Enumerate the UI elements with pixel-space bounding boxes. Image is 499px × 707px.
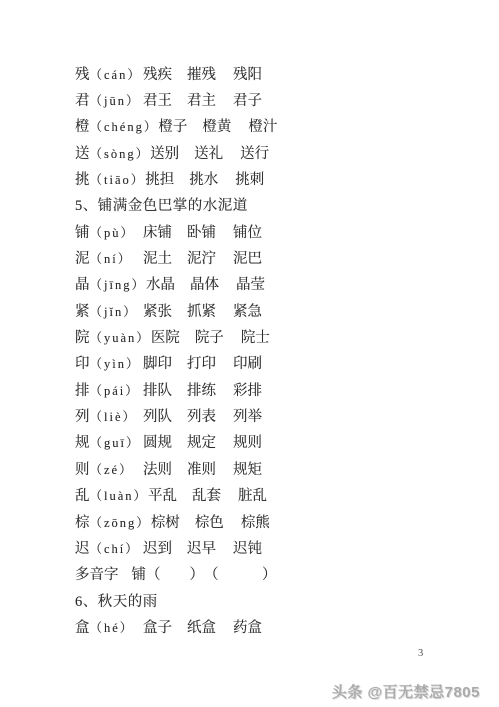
example-word: 紧张 (143, 300, 187, 321)
headword-with-pinyin: 棕（zōng） (75, 511, 151, 532)
vocab-row: 挑（tiāo） 挑担 挑水 挑刺 (75, 165, 277, 191)
watermark: 头条 @百无禁忌7805 (332, 681, 480, 702)
headword-with-pinyin: 排（pái） (75, 379, 143, 400)
example-word: 送别 (150, 142, 194, 163)
pinyin: （jūn） (90, 94, 141, 108)
example-word: 棕树 (151, 511, 195, 532)
vocab-row: 晶（jīng） 水晶 晶体 晶莹 (75, 271, 277, 297)
vocab-row: 送（sòng） 送别 送礼 送行 (75, 139, 277, 165)
headword-with-pinyin: 规（guī） (75, 431, 143, 452)
vocab-row: 印（yìn） 脚印 打印 印刷 (75, 350, 277, 376)
example-word: 迟早 (187, 537, 233, 558)
example-word: 脚印 (143, 352, 187, 373)
example-word: 规矩 (233, 458, 262, 479)
pinyin: （guī） (90, 436, 141, 450)
pinyin: （chéng） (90, 120, 159, 134)
example-word: 送行 (240, 142, 269, 163)
vocab-row: 棕（zōng） 棕树 棕色 棕熊 (75, 508, 277, 534)
vocab-row: 残（cán） 残疾 摧残 残阳 (75, 60, 277, 86)
headword-with-pinyin: 橙（chéng） (75, 115, 158, 136)
headword: 院 (75, 330, 90, 346)
vocab-row: 紧（jǐn） 紧张 抓紧 紧急 (75, 297, 277, 323)
headword: 送 (75, 146, 90, 162)
section-heading: 5、铺满金色巴掌的水泥道 (75, 192, 277, 218)
headword-with-pinyin: 紧（jǐn） (75, 300, 143, 321)
example-word: 挑担 (145, 168, 189, 189)
example-word: 铺位 (233, 221, 262, 242)
pinyin: （sòng） (90, 147, 151, 161)
example-word: 纸盒 (187, 616, 233, 637)
example-word: 医院 (151, 326, 195, 347)
vocab-row: 规（guī） 圆规 规定 规则 (75, 429, 277, 455)
example-word: 院子 (195, 326, 241, 347)
headword-with-pinyin: 院（yuàn） (75, 326, 151, 347)
pinyin: （jīng） (90, 278, 146, 292)
example-word: 床铺 (143, 221, 187, 242)
headword-with-pinyin: 盒（hé） (75, 616, 143, 637)
vocab-row: 橙（chéng） 橙子 橙黄 橙汁 (75, 113, 277, 139)
headword: 则 (75, 462, 90, 478)
example-word: 列表 (187, 405, 233, 426)
headword: 乱 (75, 488, 90, 504)
pinyin: （zé） (90, 463, 134, 477)
headword-with-pinyin: 列（liè） (75, 405, 143, 426)
vocab-row: 则（zé） 法则 准则 规矩 (75, 455, 277, 481)
pinyin: （tiāo） (90, 173, 146, 187)
pinyin: （pái） (90, 384, 140, 398)
example-word: 晶莹 (236, 273, 265, 294)
pinyin: （yìn） (90, 357, 141, 371)
headword-with-pinyin: 铺（pù） (75, 221, 143, 242)
example-word: 棕色 (195, 511, 241, 532)
example-word: 残阳 (233, 63, 262, 84)
headword: 君 (75, 93, 90, 109)
vocab-row: 泥（ní） 泥土 泥泞 泥巴 (75, 244, 277, 270)
example-word: 脏乱 (238, 484, 267, 505)
pinyin: （yuàn） (90, 331, 151, 345)
headword-with-pinyin: 残（cán） (75, 63, 143, 84)
headword: 棕 (75, 515, 90, 531)
vocab-row: 铺（pù） 床铺 卧铺 铺位 (75, 218, 277, 244)
example-word: 彩排 (233, 379, 262, 400)
headword-with-pinyin: 乱（luàn） (75, 484, 148, 505)
headword-with-pinyin: 迟（chí） (75, 537, 143, 558)
example-word: 排队 (143, 379, 187, 400)
vocab-row: 君（jūn） 君王 君主 君子 (75, 86, 277, 112)
example-word: 挑刺 (235, 168, 264, 189)
headword: 泥 (75, 251, 90, 267)
headword-with-pinyin: 则（zé） (75, 458, 143, 479)
vocab-row: 盒（hé） 盒子 纸盒 药盒 (75, 613, 277, 639)
headword: 残 (75, 67, 90, 83)
example-word: 抓紧 (187, 300, 233, 321)
headword: 紧 (75, 304, 90, 320)
pinyin: （liè） (90, 410, 138, 424)
example-word: 法则 (143, 458, 187, 479)
example-word: 泥泞 (187, 247, 233, 268)
section-heading: 6、秋天的雨 (75, 587, 277, 613)
page-number: 3 (418, 648, 423, 659)
example-word: 泥巴 (233, 247, 262, 268)
headword-with-pinyin: 君（jūn） (75, 89, 143, 110)
vocab-row: 乱（luàn） 平乱 乱套 脏乱 (75, 482, 277, 508)
headword: 列 (75, 409, 90, 425)
polyphone-row: 多音字 铺（ ） （ ） (75, 561, 277, 587)
headword: 排 (75, 383, 90, 399)
pinyin: （luàn） (90, 489, 149, 503)
example-word: 准则 (187, 458, 233, 479)
headword: 迟 (75, 541, 90, 557)
example-word: 迟钝 (233, 537, 262, 558)
example-word: 平乱 (148, 484, 192, 505)
example-word: 君王 (143, 89, 187, 110)
headword: 印 (75, 356, 90, 372)
pinyin: （pù） (90, 226, 136, 240)
section-heading-text: 5、铺满金色巴掌的水泥道 (75, 194, 248, 215)
pinyin: （ní） (90, 252, 133, 266)
headword: 晶 (75, 277, 90, 293)
example-word: 药盒 (233, 616, 262, 637)
pinyin: （chí） (90, 542, 140, 556)
example-word: 挑水 (189, 168, 235, 189)
headword-with-pinyin: 挑（tiāo） (75, 168, 145, 189)
document-page: 残（cán） 残疾 摧残 残阳 君（jūn） 君王 君主 君子 橙（chéng）… (0, 0, 499, 707)
example-word: 规则 (233, 431, 262, 452)
pinyin: （hé） (90, 621, 135, 635)
vocab-row: 迟（chí） 迟到 迟早 迟钝 (75, 534, 277, 560)
headword-with-pinyin: 送（sòng） (75, 142, 150, 163)
example-word: 印刷 (233, 352, 262, 373)
vocab-row: 排（pái） 排队 排练 彩排 (75, 376, 277, 402)
example-word: 卧铺 (187, 221, 233, 242)
headword-with-pinyin: 晶（jīng） (75, 273, 146, 294)
pinyin: （cán） (90, 68, 142, 82)
example-word: 君子 (233, 89, 262, 110)
example-word: 橙子 (158, 115, 202, 136)
headword-with-pinyin: 泥（ní） (75, 247, 143, 268)
example-word: 君主 (187, 89, 233, 110)
headword-with-pinyin: 印（yìn） (75, 352, 143, 373)
example-word: 院士 (241, 326, 270, 347)
example-word: 盒子 (143, 616, 187, 637)
example-word: 圆规 (143, 431, 187, 452)
example-word: 泥土 (143, 247, 187, 268)
headword: 规 (75, 435, 90, 451)
pinyin: （jǐn） (90, 305, 138, 319)
example-word: 迟到 (143, 537, 187, 558)
example-word: 排练 (187, 379, 233, 400)
vocab-row: 列（liè） 列队 列表 列举 (75, 402, 277, 428)
example-word: 残疾 (143, 63, 187, 84)
example-word: 紧急 (233, 300, 262, 321)
example-word: 打印 (187, 352, 233, 373)
example-word: 列举 (233, 405, 262, 426)
example-word: 规定 (187, 431, 233, 452)
example-word: 乱套 (192, 484, 238, 505)
headword: 铺 (75, 225, 90, 241)
example-word: 晶体 (190, 273, 236, 294)
headword: 橙 (75, 119, 90, 135)
example-word: 橙汁 (248, 115, 277, 136)
section-heading-text: 6、秋天的雨 (75, 590, 158, 611)
vocab-row: 院（yuàn） 医院 院子 院士 (75, 323, 277, 349)
polyphone-text: 铺（ ） （ ） (132, 563, 277, 584)
example-word: 橙黄 (202, 115, 248, 136)
headword: 挑 (75, 172, 90, 188)
polyphone-label: 多音字 (75, 563, 119, 584)
headword: 盒 (75, 620, 90, 636)
example-word: 列队 (143, 405, 187, 426)
example-word: 摧残 (187, 63, 233, 84)
example-word: 棕熊 (241, 511, 270, 532)
example-word: 送礼 (194, 142, 240, 163)
document-content: 残（cán） 残疾 摧残 残阳 君（jūn） 君王 君主 君子 橙（chéng）… (75, 60, 277, 640)
example-word: 水晶 (146, 273, 190, 294)
pinyin: （zōng） (90, 516, 151, 530)
